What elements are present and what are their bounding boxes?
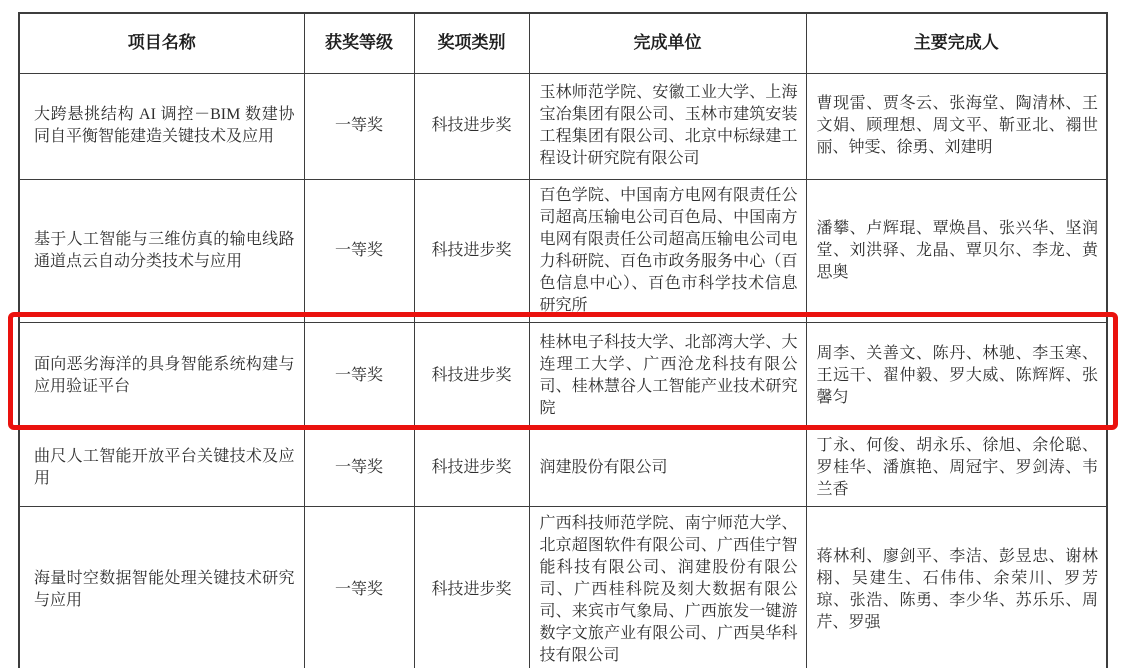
main-contributors-cell: 潘攀、卢辉琨、覃焕昌、张兴华、坚润堂、刘洪驿、龙晶、覃贝尔、李龙、黄思奥 [806, 179, 1107, 322]
table-row: 大跨悬挑结构 AI 调控－BIM 数建协同自平衡智能建造关键技术及应用 一等奖 … [19, 73, 1107, 179]
main-contributors-cell: 蒋林利、廖剑平、李洁、彭昱忠、谢林栩、吴建生、石伟伟、余荣川、罗芳琼、张浩、陈勇… [806, 506, 1107, 668]
completing-units-cell: 玉林师范学院、安徽工业大学、上海宝冶集团有限公司、玉林市建筑安装工程集团有限公司… [529, 73, 806, 179]
award-category-cell: 科技进步奖 [414, 506, 529, 668]
award-level-cell: 一等奖 [304, 179, 414, 322]
completing-units-cell: 广西科技师范学院、南宁师范大学、北京超图软件有限公司、广西佳宁智能科技有限公司、… [529, 506, 806, 668]
table-row: 曲尺人工智能开放平台关键技术及应用 一等奖 科技进步奖 润建股份有限公司 丁永、… [19, 429, 1107, 506]
award-category-cell: 科技进步奖 [414, 179, 529, 322]
award-level-cell: 一等奖 [304, 73, 414, 179]
completing-units-cell: 桂林电子科技大学、北部湾大学、大连理工大学、广西沧龙科技有限公司、桂林慧谷人工智… [529, 322, 806, 429]
table-row: 面向恶劣海洋的具身智能系统构建与应用验证平台 一等奖 科技进步奖 桂林电子科技大… [19, 322, 1107, 429]
document-page: 项目名称 获奖等级 奖项类别 完成单位 主要完成人 大跨悬挑结构 AI 调控－B… [0, 0, 1124, 668]
project-name-cell: 海量时空数据智能处理关键技术研究与应用 [19, 506, 304, 668]
table-row: 基于人工智能与三维仿真的输电线路通道点云自动分类技术与应用 一等奖 科技进步奖 … [19, 179, 1107, 322]
project-name-cell: 基于人工智能与三维仿真的输电线路通道点云自动分类技术与应用 [19, 179, 304, 322]
project-name-cell: 大跨悬挑结构 AI 调控－BIM 数建协同自平衡智能建造关键技术及应用 [19, 73, 304, 179]
awards-table: 项目名称 获奖等级 奖项类别 完成单位 主要完成人 大跨悬挑结构 AI 调控－B… [18, 12, 1108, 668]
completing-units-cell: 百色学院、中国南方电网有限责任公司超高压输电公司百色局、中国南方电网有限责任公司… [529, 179, 806, 322]
completing-units-cell: 润建股份有限公司 [529, 429, 806, 506]
col-header-project-name: 项目名称 [19, 13, 304, 73]
project-name-cell: 曲尺人工智能开放平台关键技术及应用 [19, 429, 304, 506]
award-level-cell: 一等奖 [304, 506, 414, 668]
award-level-cell: 一等奖 [304, 322, 414, 429]
award-category-cell: 科技进步奖 [414, 73, 529, 179]
project-name-cell: 面向恶劣海洋的具身智能系统构建与应用验证平台 [19, 322, 304, 429]
main-contributors-cell: 曹现雷、贾冬云、张海堂、陶清林、王文娟、顾理想、周文平、靳亚北、禤世丽、钟雯、徐… [806, 73, 1107, 179]
award-category-cell: 科技进步奖 [414, 322, 529, 429]
award-category-cell: 科技进步奖 [414, 429, 529, 506]
main-contributors-cell: 丁永、何俊、胡永乐、徐旭、余伦聪、罗桂华、潘旗艳、周冠宇、罗剑涛、韦兰香 [806, 429, 1107, 506]
table-row: 海量时空数据智能处理关键技术研究与应用 一等奖 科技进步奖 广西科技师范学院、南… [19, 506, 1107, 668]
col-header-award-category: 奖项类别 [414, 13, 529, 73]
main-contributors-cell: 周李、关善文、陈丹、林驰、李玉寒、王远干、翟仲毅、罗大威、陈辉辉、张馨匀 [806, 322, 1107, 429]
col-header-main-contributors: 主要完成人 [806, 13, 1107, 73]
col-header-award-level: 获奖等级 [304, 13, 414, 73]
award-level-cell: 一等奖 [304, 429, 414, 506]
col-header-completing-units: 完成单位 [529, 13, 806, 73]
table-header-row: 项目名称 获奖等级 奖项类别 完成单位 主要完成人 [19, 13, 1107, 73]
